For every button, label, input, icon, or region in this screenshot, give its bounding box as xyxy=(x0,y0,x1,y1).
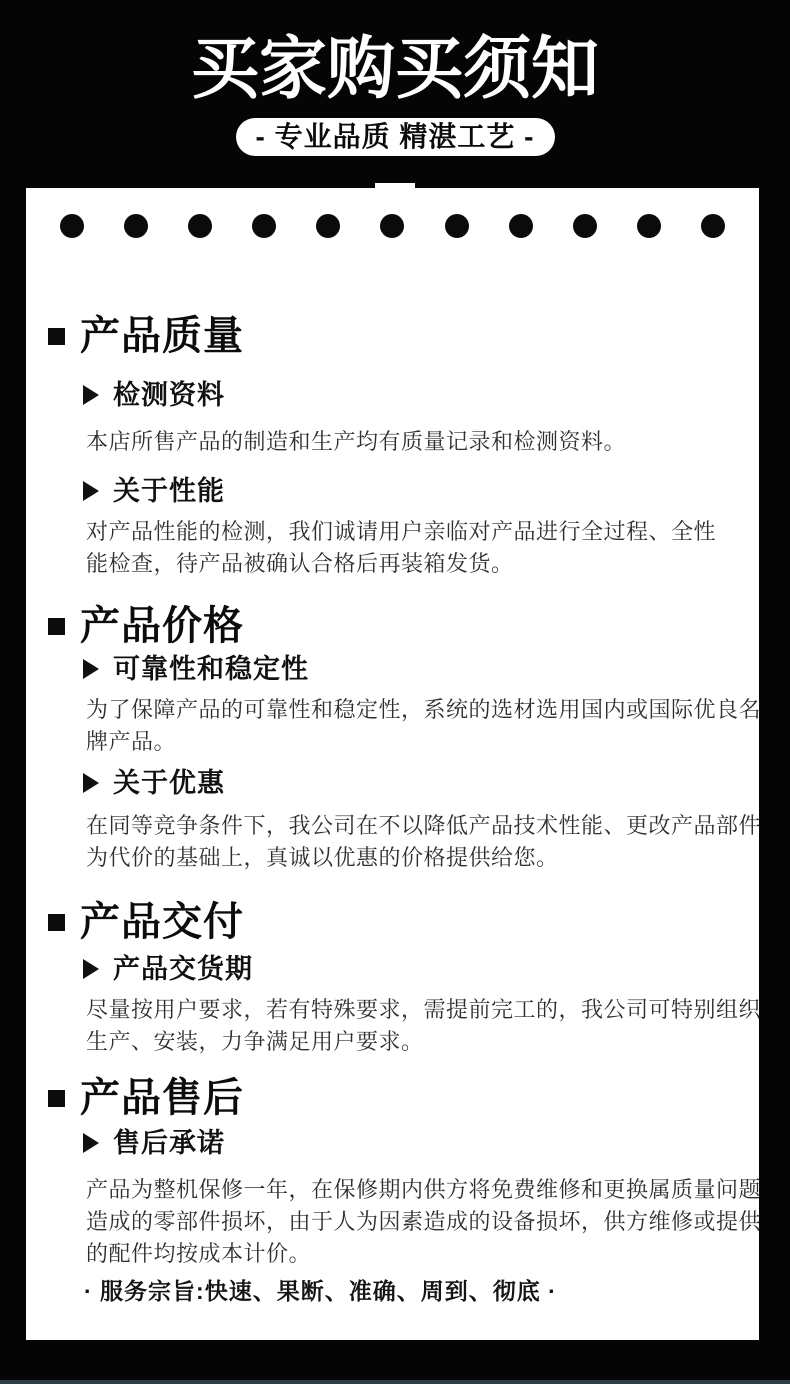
section-heading: 产品质量 xyxy=(26,312,759,360)
subsection-body: 尽量按用户要求，若有特殊要求，需提前完工的，我公司可特别组织 生产、安装，力争满… xyxy=(86,994,759,1058)
subsection-body: 在同等竞争条件下，我公司在不以降低产品技术性能、更改产品部件 为代价的基础上，真… xyxy=(86,810,759,874)
subsection-heading: 关于优惠 xyxy=(26,766,759,800)
section-heading: 产品售后 xyxy=(26,1074,759,1122)
notice-card: 产品质量 检测资料 本店所售产品的制造和生产均有质量记录和检测资料。 关于性能 … xyxy=(26,188,759,1340)
subsection-heading: 检测资料 xyxy=(26,378,759,412)
perforation-dot xyxy=(316,214,340,238)
triangle-bullet-icon xyxy=(83,959,99,979)
quality-badge: - 专业品质 精湛工艺 - xyxy=(236,118,555,156)
subsection-title: 可靠性和稳定性 xyxy=(113,652,309,686)
section-heading: 产品交付 xyxy=(26,898,759,946)
subsection-body: 本店所售产品的制造和生产均有质量记录和检测资料。 xyxy=(86,426,759,458)
square-bullet-icon xyxy=(48,328,65,345)
perforation-dot xyxy=(188,214,212,238)
triangle-bullet-icon xyxy=(83,1133,99,1153)
subsection-body: 产品为整机保修一年，在保修期内供方将免费维修和更换属质量问题 造成的零部件损坏，… xyxy=(86,1174,759,1270)
subsection-title: 产品交货期 xyxy=(113,952,253,986)
subsection-body: 对产品性能的检测，我们诚请用户亲临对产品进行全过程、全性 能检查，待产品被确认合… xyxy=(86,516,759,580)
section-product-delivery: 产品交付 产品交货期 尽量按用户要求，若有特殊要求，需提前完工的，我公司可特别组… xyxy=(26,898,759,1058)
square-bullet-icon xyxy=(48,1090,65,1107)
perforation-dot xyxy=(252,214,276,238)
perforation-dot xyxy=(124,214,148,238)
section-title: 产品质量 xyxy=(80,312,244,360)
subsection-title: 关于优惠 xyxy=(113,766,225,800)
subsection-title: 关于性能 xyxy=(113,474,225,508)
service-motto: · 服务宗旨:快速、果断、准确、周到、彻底 · xyxy=(84,1276,759,1306)
subsection-heading: 售后承诺 xyxy=(26,1126,759,1160)
section-product-price: 产品价格 可靠性和稳定性 为了保障产品的可靠性和稳定性，系统的选材选用国内或国际… xyxy=(26,602,759,874)
section-title: 产品交付 xyxy=(80,898,244,946)
footer-strip xyxy=(0,1380,790,1384)
square-bullet-icon xyxy=(48,914,65,931)
perforation-dot xyxy=(60,214,84,238)
perforation-dot xyxy=(701,214,725,238)
perforation-dot xyxy=(380,214,404,238)
subsection-body: 为了保障产品的可靠性和稳定性，系统的选材选用国内或国际优良名 牌产品。 xyxy=(86,694,759,758)
subsection-title: 检测资料 xyxy=(113,378,225,412)
triangle-bullet-icon xyxy=(83,385,99,405)
header: 买家购买须知 - 专业品质 精湛工艺 - xyxy=(0,0,790,156)
section-after-sales: 产品售后 售后承诺 产品为整机保修一年，在保修期内供方将免费维修和更换属质量问题… xyxy=(26,1074,759,1306)
subsection-heading: 关于性能 xyxy=(26,474,759,508)
subsection-heading: 产品交货期 xyxy=(26,952,759,986)
page-title: 买家购买须知 xyxy=(0,30,790,108)
triangle-bullet-icon xyxy=(83,773,99,793)
perforation-dot xyxy=(445,214,469,238)
section-title: 产品价格 xyxy=(80,602,244,650)
section-title: 产品售后 xyxy=(80,1074,244,1122)
perforation-dot xyxy=(637,214,661,238)
perforation-dot xyxy=(573,214,597,238)
triangle-bullet-icon xyxy=(83,481,99,501)
subsection-heading: 可靠性和稳定性 xyxy=(26,652,759,686)
section-product-quality: 产品质量 检测资料 本店所售产品的制造和生产均有质量记录和检测资料。 关于性能 … xyxy=(26,312,759,580)
perforation-dot xyxy=(509,214,533,238)
subsection-title: 售后承诺 xyxy=(113,1126,225,1160)
buyer-notice-page: { "palette": { "background": "#050505", … xyxy=(0,0,790,1384)
triangle-bullet-icon xyxy=(83,659,99,679)
section-heading: 产品价格 xyxy=(26,602,759,650)
perforation-dots xyxy=(26,188,759,238)
square-bullet-icon xyxy=(48,618,65,635)
